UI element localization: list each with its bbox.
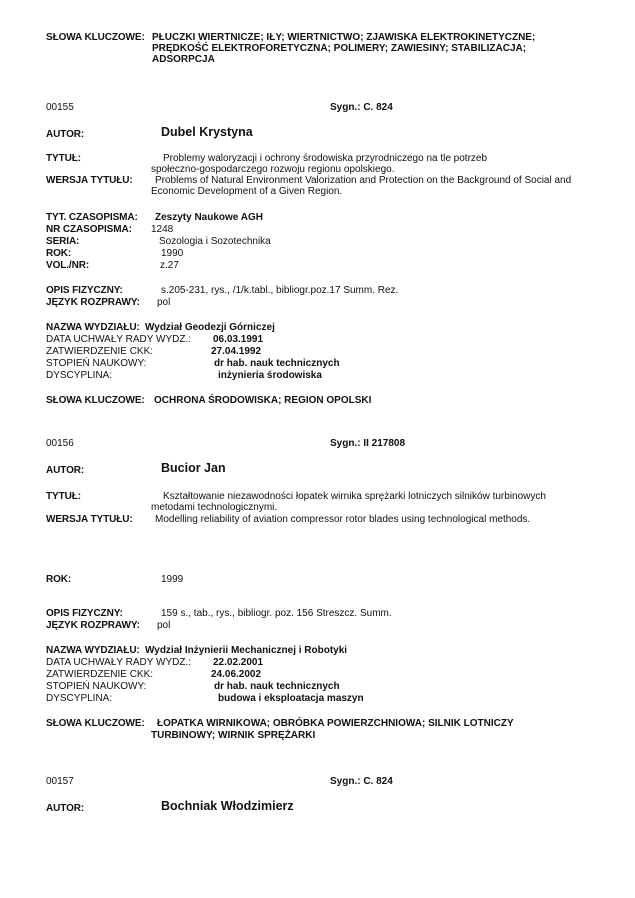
journal-no-value: 1248: [151, 224, 173, 236]
degree-value: dr hab. nauk technicznych: [214, 358, 340, 370]
ckk-label: ZATWIERDZENIE CKK:: [46, 346, 153, 358]
journal-label: TYT. CZASOPISMA:: [46, 212, 138, 224]
keywords-label: SŁOWA KLUCZOWE:: [46, 32, 145, 44]
title-line: metodami technologicznymi.: [151, 502, 277, 514]
title-version-label: WERSJA TYTUŁU:: [46, 175, 133, 187]
title-version-line: Economic Development of a Given Region.: [151, 186, 342, 198]
degree-value: dr hab. nauk technicznych: [214, 681, 340, 693]
physical-value: 159 s., tab., rys., bibliogr. poz. 156 S…: [161, 608, 392, 620]
degree-label: STOPIEŃ NAUKOWY:: [46, 681, 146, 693]
series-label: SERIA:: [46, 236, 79, 248]
language-value: pol: [157, 297, 170, 309]
year-label: ROK:: [46, 574, 71, 586]
discipline-value: inżynieria środowiska: [218, 370, 322, 382]
keywords-line: OCHRONA ŚRODOWISKA; REGION OPOLSKI: [154, 395, 371, 407]
record-number: 00156: [46, 438, 74, 450]
author-name: Dubel Krystyna: [161, 126, 253, 138]
ckk-value: 24.06.2002: [211, 669, 261, 681]
journal-value: Zeszyty Naukowe AGH: [155, 212, 263, 224]
physical-value: s.205-231, rys., /1/k.tabl., bibliogr.po…: [161, 285, 398, 297]
record-number: 00155: [46, 102, 74, 114]
title-label: TYTUŁ:: [46, 153, 81, 165]
language-label: JĘZYK ROZPRAWY:: [46, 297, 140, 309]
title-version-label: WERSJA TYTUŁU:: [46, 514, 133, 526]
keywords-label: SŁOWA KLUCZOWE:: [46, 395, 145, 407]
discipline-label: DYSCYPLINA:: [46, 370, 112, 382]
physical-label: OPIS FIZYCZNY:: [46, 608, 123, 620]
language-value: pol: [157, 620, 170, 632]
keywords-line: TURBINOWY; WIRNIK SPRĘŻARKI: [151, 730, 315, 742]
author-name: Bucior Jan: [161, 462, 226, 474]
author-label: AUTOR:: [46, 465, 84, 477]
degree-label: STOPIEŃ NAUKOWY:: [46, 358, 146, 370]
vol-label: VOL./NR:: [46, 260, 89, 272]
author-label: AUTOR:: [46, 803, 84, 815]
year-label: ROK:: [46, 248, 71, 260]
signature: Sygn.: C. 824: [330, 776, 393, 788]
council-date-value: 06.03.1991: [213, 334, 263, 346]
year-value: 1999: [161, 574, 183, 586]
vol-value: z.27: [160, 260, 179, 272]
discipline-value: budowa i eksploatacja maszyn: [218, 693, 364, 705]
signature: Sygn.: C. 824: [330, 102, 393, 114]
title-label: TYTUŁ:: [46, 491, 81, 503]
faculty-label: NAZWA WYDZIAŁU:: [46, 322, 140, 334]
keywords-line: ADSORPCJA: [152, 54, 215, 66]
title-version-line: Modelling reliability of aviation compre…: [155, 514, 530, 526]
journal-no-label: NR CZASOPISMA:: [46, 224, 132, 236]
language-label: JĘZYK ROZPRAWY:: [46, 620, 140, 632]
series-value: Sozologia i Sozotechnika: [159, 236, 271, 248]
council-date-value: 22.02.2001: [213, 657, 263, 669]
signature: Sygn.: II 217808: [330, 438, 405, 450]
keywords-label: SŁOWA KLUCZOWE:: [46, 718, 145, 730]
discipline-label: DYSCYPLINA:: [46, 693, 112, 705]
record-number: 00157: [46, 776, 74, 788]
year-value: 1990: [161, 248, 183, 260]
physical-label: OPIS FIZYCZNY:: [46, 285, 123, 297]
author-label: AUTOR:: [46, 129, 84, 141]
faculty-value: Wydział Inżynierii Mechanicznej i Roboty…: [145, 645, 347, 657]
keywords-line: ŁOPATKA WIRNIKOWA; OBRÓBKA POWIERZCHNIOW…: [157, 718, 514, 730]
faculty-label: NAZWA WYDZIAŁU:: [46, 645, 140, 657]
council-date-label: DATA UCHWAŁY RADY WYDZ.:: [46, 334, 191, 346]
ckk-value: 27.04.1992: [211, 346, 261, 358]
faculty-value: Wydział Geodezji Górniczej: [145, 322, 275, 334]
council-date-label: DATA UCHWAŁY RADY WYDZ.:: [46, 657, 191, 669]
ckk-label: ZATWIERDZENIE CKK:: [46, 669, 153, 681]
author-name: Bochniak Włodzimierz: [161, 800, 294, 812]
